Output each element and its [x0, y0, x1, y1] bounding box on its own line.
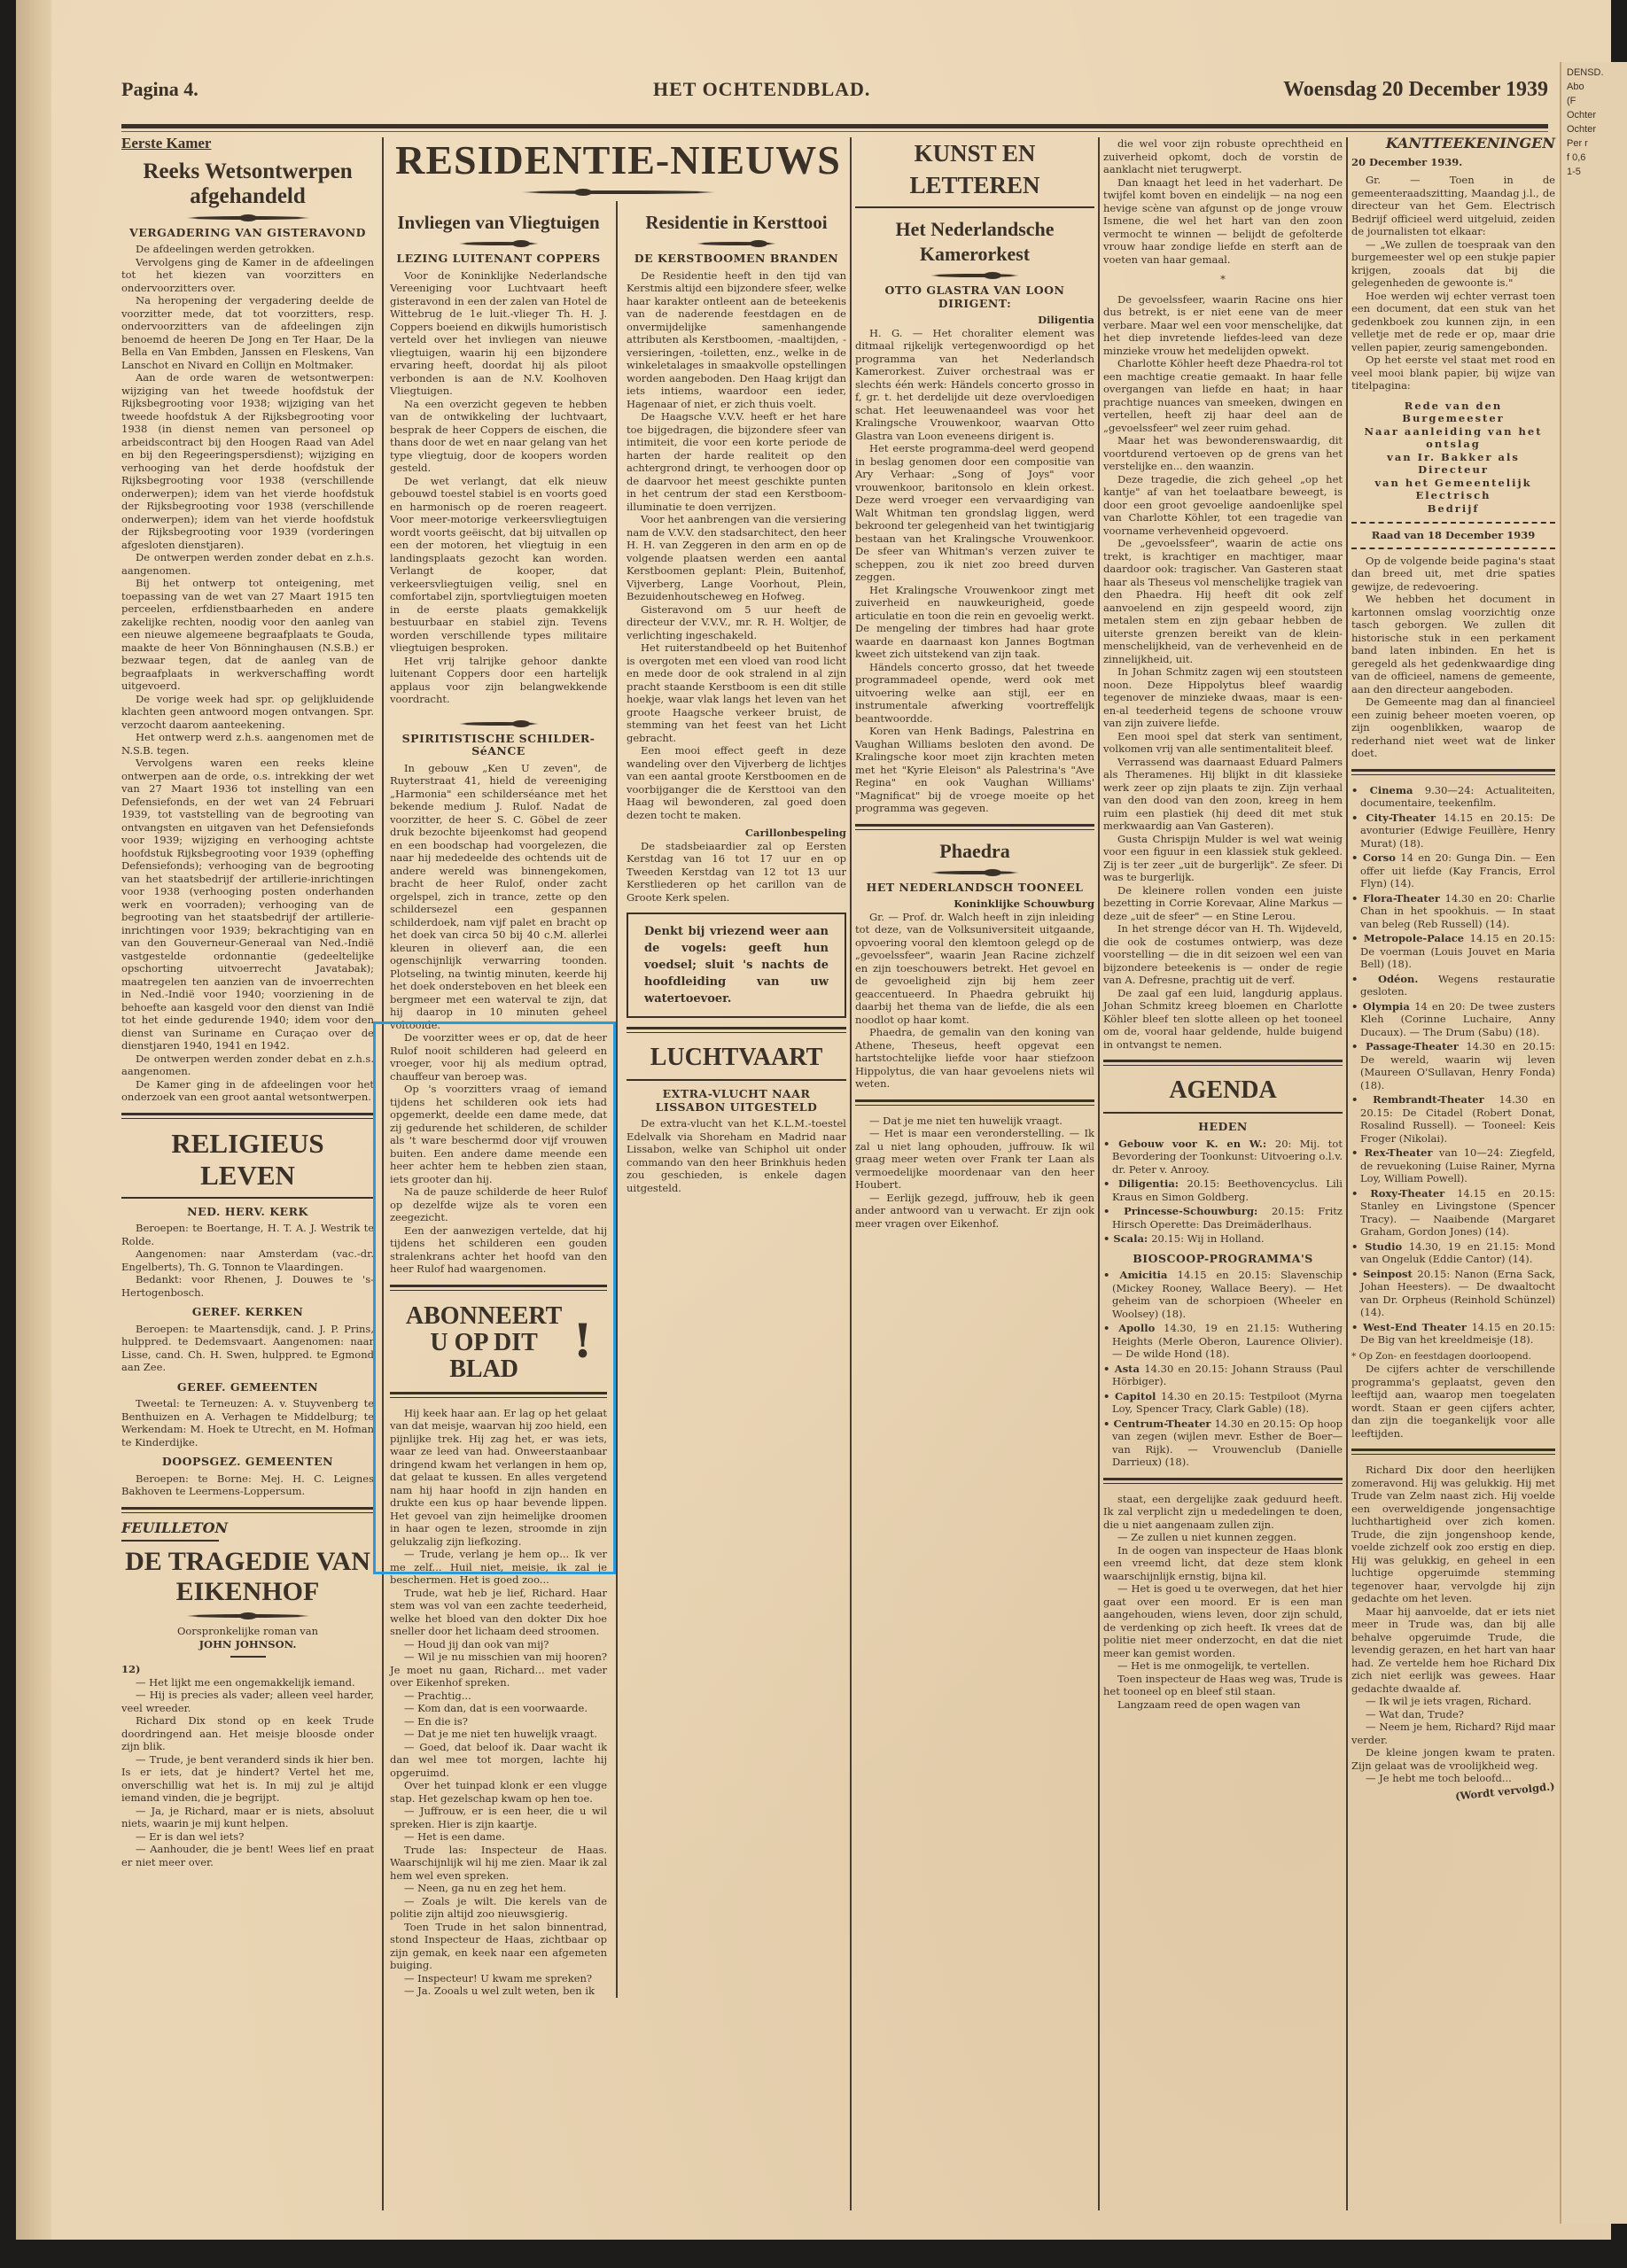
paragraph: Een mooi effect geeft in deze wandeling … — [627, 744, 846, 821]
paragraph: De wet verlangt, dat elk nieuw gebouwd t… — [390, 475, 607, 655]
column-5: KANTTEEKENINGEN 20 December 1939. Gr. — … — [1351, 137, 1555, 1803]
paragraph: Gusta Chrispijn Mulder is wel wat weinig… — [1103, 833, 1343, 884]
column-1: Eerste Kamer Reeks Wetsontwerpen afgehan… — [121, 137, 374, 1868]
page-left-edge — [16, 0, 51, 2240]
paragraph: Gr. — Toen in de gemeenteraadszitting, M… — [1351, 174, 1555, 238]
feuilleton-kicker: FEUILLETON — [121, 1522, 374, 1535]
paragraph: Een mooi spel dat sterk van sentiment, v… — [1103, 730, 1343, 756]
section-banner: RESIDENTIE-NIEUWS — [390, 137, 846, 183]
paragraph: Koren van Henk Badings, Palestrina en Va… — [855, 725, 1094, 815]
section-heading-luchtvaart: LUCHTVAART — [627, 1042, 846, 1074]
article-headline: Residentie in Kersttooi — [627, 210, 846, 235]
article-subheading: OTTO GLASTRA VAN LOON DIRIGENT: — [855, 284, 1094, 310]
paragraph: Langzaam reed de open wagen van — [1103, 1698, 1343, 1712]
paragraph: — Trude, verlang je hem op... Ik ver me … — [390, 1548, 607, 1587]
paragraph: Toen inspecteur de Haas weg was, Trude i… — [1103, 1673, 1343, 1698]
article-headline: Reeks Wetsontwerpen afgehandeld — [121, 159, 374, 209]
strip-text: 1-5 — [1567, 165, 1623, 179]
title-line: van het Gemeentelijk — [1351, 477, 1555, 490]
title-line: Bedrijf — [1351, 502, 1555, 516]
paragraph: Richard Dix door den heerlijken zomeravo… — [1351, 1464, 1555, 1605]
paragraph: Het vrij talrijke gehoor dankte luitenan… — [390, 655, 607, 706]
paragraph: Hoe werden wij echter verrast toen een d… — [1351, 290, 1555, 354]
paragraph: In de oogen van inspecteur de Haas blonk… — [1103, 1544, 1343, 1583]
title-line: Naar aanleiding van het — [1351, 425, 1555, 439]
paragraph: De cijfers achter de verschillende progr… — [1351, 1363, 1555, 1440]
paragraph: In Johan Schmitz zagen wij een stoutstee… — [1103, 665, 1343, 730]
cinema-listing: • Apollo 14.30, 19 en 21.15: Wuthering H… — [1103, 1322, 1343, 1361]
paragraph: De afdeelingen werden getrokken. — [121, 243, 374, 256]
strip-text: (F — [1567, 94, 1623, 108]
paragraph: — Neem je hem, Richard? Rijd maar verder… — [1351, 1720, 1555, 1746]
paragraph: — Dat je me niet ten huwelijk vraagt. — [390, 1728, 607, 1741]
film-listings: • Cinema 9.30—24: Actualiteiten, documen… — [1351, 784, 1555, 1347]
agenda-item: • Diligentia: 20.15: Beethovencyclus. Li… — [1103, 1177, 1343, 1203]
section-kicker: Eerste Kamer — [121, 137, 374, 151]
paragraph: die wel voor zijn robuste oprechtheid en… — [1103, 137, 1343, 176]
paragraph: Gisteravond om 5 uur heeft de directeur … — [627, 603, 846, 642]
cinema-listing: • Rex-Theater van 10—24: Ziegfeld, de re… — [1351, 1146, 1555, 1185]
article-headline: Invliegen van Vliegtuigen — [390, 210, 607, 235]
paragraph: Richard Dix stond op en keek Trude doord… — [121, 1714, 374, 1753]
dashed-rule — [1351, 522, 1555, 524]
cinema-listing: • Olympia 14 en 20: De twee zusters Kleh… — [1351, 1000, 1555, 1039]
strip-text: DENSD. — [1567, 66, 1623, 80]
strip-text: f 0,6 — [1567, 151, 1623, 165]
double-rule — [855, 1099, 1094, 1106]
paragraph: De Residentie heeft in den tijd van Kers… — [627, 269, 846, 411]
article-subheading: DE KERSTBOOMEN BRANDEN — [627, 252, 846, 266]
paragraph: Voor het aanbrengen van die versiering n… — [627, 513, 846, 603]
paragraph: Het ontwerp werd z.h.s. aangenomen met d… — [121, 731, 374, 757]
paragraph: Charlotte Köhler heeft deze Phaedra-rol … — [1103, 357, 1343, 434]
paragraph: We hebben het document in kartonnen omsl… — [1351, 593, 1555, 695]
cinema-listing: • Capitol 14.30 en 20.15: Testpiloot (My… — [1103, 1390, 1343, 1416]
masthead-rule-thin — [121, 131, 1548, 132]
paragraph: De Gemeente mag dan al financieel een zu… — [1351, 695, 1555, 760]
seance-heading: SPIRITISTISCHE SCHILDER-SéANCE — [390, 733, 607, 758]
paragraph: Bij het ontwerp tot onteigening, met toe… — [121, 577, 374, 693]
paragraph: Phaedra, de gemalin van den koning van A… — [855, 1026, 1094, 1091]
section-heading-religie: RELIGIEUS LEVEN — [121, 1128, 374, 1192]
article-body: Voor de Koninklijke Nederlandsche Vereen… — [390, 269, 607, 706]
separator-star: * — [1103, 273, 1343, 286]
paragraph: Verrassend was daarnaast Eduard Palmers … — [1103, 756, 1343, 833]
double-rule — [855, 824, 1094, 830]
cinema-listing: • Odéon. Wegens restauratie gesloten. — [1351, 973, 1555, 998]
column-4: die wel voor zijn robuste oprechtheid en… — [1103, 137, 1343, 1711]
paragraph: Over het tuinpad klonk er een vlugge sta… — [390, 1779, 607, 1805]
paragraph: Gr. — Prof. dr. Walch heeft in zijn inle… — [855, 911, 1094, 1027]
paragraph: Na een overzicht gegeven te hebben van d… — [390, 398, 607, 475]
rule — [855, 206, 1094, 208]
rule — [230, 1656, 266, 1658]
strip-text: Ochter — [1567, 108, 1623, 122]
article-vliegtuigen: Invliegen van Vliegtuigen LEZING LUITENA… — [390, 201, 607, 1998]
paragraph: De gevoelssfeer, waarin Racine ons hier … — [1103, 293, 1343, 358]
cinema-listing: • Roxy-Theater 14.15 en 20.15: Stanley e… — [1351, 1187, 1555, 1239]
title-line: Rede van den Burgemeester — [1351, 400, 1555, 425]
agenda-list: • Gebouw voor K. en W.: 20: Mij. tot Bev… — [1103, 1138, 1343, 1246]
article-subheading: HET NEDERLANDSCH TOONEEL — [855, 882, 1094, 895]
paragraph: H. G. — Het choraliter element was ditma… — [855, 327, 1094, 443]
feuilleton-title: DE TRAGEDIE VAN EIKENHOF — [121, 1547, 374, 1607]
article-subheading: EXTRA-VLUCHT NAAR LISSABON UITGESTELD — [627, 1088, 846, 1114]
ornament-divider — [459, 242, 539, 245]
cinema-listing: • Flora-Theater 14.30 en 20: Charlie Cha… — [1351, 892, 1555, 931]
paragraph: Deze tragedie, die zich geheel „op het k… — [1103, 473, 1343, 538]
ornament-divider — [697, 242, 776, 245]
church-notice: Tweetal: te Terneuzen: A. v. Stuyvenberg… — [121, 1397, 374, 1449]
church-notice: Beroepen: te Maartensdijk, cand. J. P. P… — [121, 1323, 374, 1374]
paragraph: Na heropening der vergadering deelde de … — [121, 294, 374, 371]
cinema-listing: • Asta 14.30 en 20.15: Johann Strauss (P… — [1103, 1363, 1343, 1388]
paragraph: Trude, wat heb je lief, Richard. Haar st… — [390, 1587, 607, 1638]
strip-text: Per r — [1567, 136, 1623, 151]
carillon-heading: Carillonbespeling — [627, 827, 846, 840]
article-headline: Het Nederlandsche Kamerorkest — [855, 217, 1094, 267]
rule — [121, 1540, 219, 1542]
article-subheading: LEZING LUITENANT COPPERS — [390, 252, 607, 266]
cinema-listing: • Seinpost 20.15: Nanon (Erna Sack, Joha… — [1351, 1268, 1555, 1319]
double-rule — [627, 1027, 846, 1033]
adjacent-page-strip: DENSD.Abo(FOchterOchterPer rf 0,61-5 — [1560, 62, 1627, 2224]
age-note: De cijfers achter de verschillende progr… — [1351, 1363, 1555, 1440]
church-notice: Beroepen: te Borne: Mej. H. C. Leignes B… — [121, 1472, 374, 1498]
phaedra-body: Gr. — Prof. dr. Walch heeft in zijn inle… — [855, 911, 1094, 1091]
double-rule — [1351, 1449, 1555, 1455]
raad-date: Raad van 18 December 1939 — [1351, 529, 1555, 542]
paragraph: De ontwerpen werden zonder debat en z.h.… — [121, 551, 374, 577]
paragraph: — Wil je nu misschien van mij hooren? Je… — [390, 1651, 607, 1689]
cinema-listing: • Passage-Theater 14.30 en 20.15: De wer… — [1351, 1040, 1555, 1091]
column-divider — [1346, 137, 1348, 2210]
paragraph: Op 's voorzitters vraag of iemand tijden… — [390, 1083, 607, 1185]
kantteekening-body: Gr. — Toen in de gemeenteraadszitting, M… — [1351, 174, 1555, 392]
paragraph: staat, een dergelijke zaak geduurd heeft… — [1103, 1493, 1343, 1532]
paragraph: — Juffrouw, er is een heer, die u wil sp… — [390, 1805, 607, 1830]
paragraph: Aan de orde waren de wetsontwerpen: wijz… — [121, 371, 374, 551]
rule — [121, 1197, 374, 1199]
church-heading: NED. HERV. KERK — [121, 1206, 374, 1219]
strip-text: Ochter — [1567, 122, 1623, 136]
paragraph: De Kamer ging in de afdeelingen voor het… — [121, 1078, 374, 1104]
paragraph: De ontwerpen werden zonder debat en z.h.… — [121, 1052, 374, 1078]
paragraph: Maar hij aanvoelde, dat er iets niet mee… — [1351, 1605, 1555, 1696]
notice-box: Denkt bij vriezend weer aan de vogels: g… — [627, 913, 846, 1018]
paragraph: De kleine jongen kwam te praten. Zijn ge… — [1351, 1746, 1555, 1772]
paragraph: — Houd jij dan ook van mij? — [390, 1638, 607, 1651]
page-number: Pagina 4. — [121, 78, 199, 101]
paragraph: — Hij is precies als vader; alleen veel … — [121, 1689, 374, 1714]
paragraph: Vervolgens ging de Kamer in de afdeeling… — [121, 256, 374, 295]
subscribe-ad: ABONNEERT U OP DIT BLAD — [404, 1303, 564, 1383]
cinema-listing: • Corso 14 en 20: Gunga Din. — Een offer… — [1351, 851, 1555, 890]
speech-title-block: Rede van den BurgemeesterNaar aanleiding… — [1351, 400, 1555, 516]
feuilleton-continued: Hij keek haar aan. Er lag op het gelaat … — [390, 1407, 607, 1998]
paragraph: — Aanhouder, die je bent! Wees lief en p… — [121, 1843, 374, 1868]
column-2: RESIDENTIE-NIEUWS Invliegen van Vliegtui… — [390, 137, 846, 1998]
paragraph: Hij keek haar aan. Er lag op het gelaat … — [390, 1407, 607, 1549]
article-body: H. G. — Het choraliter element was ditma… — [855, 327, 1094, 815]
phaedra-continued: die wel voor zijn robuste oprechtheid en… — [1103, 137, 1343, 266]
luchtvaart-text: De extra-vlucht van het K.L.M.-toestel E… — [627, 1117, 846, 1194]
church-heading: DOOPSGEZ. GEMEENTEN — [121, 1456, 374, 1469]
paragraph: — Ja. Zooals u wel zult weten, ben ik — [390, 1984, 607, 1998]
issue-date: Woensdag 20 December 1939 — [1283, 78, 1548, 102]
feuilleton-continued: staat, een dergelijke zaak geduurd heeft… — [1103, 1493, 1343, 1712]
paragraph: — Het is me onmogelijk, te vertellen. — [1103, 1659, 1343, 1673]
column-date: 20 December 1939. — [1351, 156, 1555, 169]
column-divider — [850, 137, 852, 2210]
double-rule — [1351, 769, 1555, 775]
paragraph: Een der aanwezigen vertelde, dat hij tij… — [390, 1224, 607, 1276]
venue: Koninklijke Schouwburg — [855, 897, 1094, 911]
kantteekeningen-header: KANTTEEKENINGEN — [1351, 137, 1555, 151]
cinema-listing: • West-End Theater 14.15 en 20.15: De Bi… — [1351, 1321, 1555, 1347]
double-rule — [390, 1392, 607, 1398]
paragraph: De vorige week had spr. op gelijkluidend… — [121, 693, 374, 732]
cinema-listing: • City-Theater 14.15 en 20.15: De avontu… — [1351, 812, 1555, 850]
bioscoop-heading: BIOSCOOP-PROGRAMMA'S — [1103, 1253, 1343, 1266]
paragraph: — Goed, dat beloof ik. Daar wacht ik dan… — [390, 1741, 607, 1780]
cinema-listing: • Centrum-Theater 14.30 en 20.15: Op hoo… — [1103, 1417, 1343, 1469]
cinema-listing: • Cinema 9.30—24: Actualiteiten, documen… — [1351, 784, 1555, 810]
agenda-item: • Princesse-Schouwburg: 20.15: Fritz Hir… — [1103, 1205, 1343, 1231]
feuilleton-body: — Het lijkt me een ongemakkelijk iemand.… — [121, 1676, 374, 1869]
article-body: De Residentie heeft in den tijd van Kers… — [627, 269, 846, 822]
phaedra-review-body: De gevoelssfeer, waarin Racine ons hier … — [1103, 293, 1343, 1052]
section-heading-agenda: AGENDA — [1103, 1075, 1343, 1107]
paragraph: Händels concerto grosso, dat het tweede … — [855, 661, 1094, 726]
paragraph: — Zoals je wilt. Die kerels van de polit… — [390, 1895, 607, 1921]
column-divider — [1098, 137, 1100, 2210]
column-divider — [382, 137, 384, 2210]
religious-notices: NED. HERV. KERKBeroepen: te Boertange, H… — [121, 1206, 374, 1498]
masthead: Pagina 4. HET OCHTENDBLAD. Woensdag 20 D… — [121, 78, 1548, 113]
paragraph: Het Kralingsche Vrouwenkoor zingt met zu… — [855, 584, 1094, 661]
double-rule — [1103, 1478, 1343, 1484]
article-headline-phaedra: Phaedra — [855, 839, 1094, 864]
paragraph: — Trude, je bent veranderd sinds ik hier… — [121, 1753, 374, 1805]
double-rule — [121, 1113, 374, 1119]
strip-text: Abo — [1567, 80, 1623, 94]
paragraph: — Kom dan, dat is een voorwaarde. — [390, 1702, 607, 1715]
ornament-divider — [459, 722, 539, 726]
masthead-rule — [121, 124, 1548, 128]
paragraph: De voorzitter wees er op, dat de heer Ru… — [390, 1031, 607, 1083]
episode-number: 12) — [121, 1663, 374, 1676]
cinema-listing: • Studio 14.30, 19 en 21.15: Mond van On… — [1351, 1240, 1555, 1266]
double-rule — [1103, 1060, 1343, 1066]
paragraph: — Ze zullen u niet kunnen zeggen. — [1103, 1531, 1343, 1544]
paragraph: — Wat dan, Trude? — [1351, 1708, 1555, 1721]
paragraph: Maar het was bewonderenswaardig, dit voo… — [1103, 434, 1343, 473]
paragraph: — Het lijkt me een ongemakkelijk iemand. — [121, 1676, 374, 1689]
agenda-item: • Scala: 20.15: Wij in Holland. — [1103, 1232, 1343, 1246]
rule — [627, 1079, 846, 1081]
paragraph: — Dat je me niet ten huwelijk vraagt. — [855, 1115, 1094, 1128]
article-kersttooi: Residentie in Kersttooi DE KERSTBOOMEN B… — [627, 201, 846, 1998]
feuilleton-author: JOHN JOHNSON. — [121, 1638, 374, 1651]
seance-body: In gebouw „Ken U zeven", de Ruyterstraat… — [390, 762, 607, 1276]
paragraph: De Haagsche V.V.V. heeft er het hare toe… — [627, 410, 846, 513]
footnote: * Op Zon- en feestdagen doorloopend. — [1351, 1350, 1555, 1363]
ornament-divider — [930, 274, 1019, 277]
paragraph: — „We zullen de toespraak van den burgem… — [1351, 238, 1555, 290]
title-line: van Ir. Bakker als Directeur — [1351, 451, 1555, 477]
paragraph: In het strenge décor van H. Th. Wijdevel… — [1103, 922, 1343, 987]
section-heading-kunst: KUNST EN LETTEREN — [855, 137, 1094, 201]
title-line: Electrisch — [1351, 489, 1555, 502]
double-rule — [390, 1285, 607, 1291]
paragraph: Toen Trude in het salon binnentrad, ston… — [390, 1921, 607, 1972]
paragraph: — Neen, ga nu en zeg het hem. — [390, 1882, 607, 1895]
exclamation-mark: ! — [572, 1336, 593, 1349]
agenda-subheading: HEDEN — [1103, 1121, 1343, 1134]
paragraph: Op de volgende beide pagina's staat dan … — [1351, 555, 1555, 594]
ornament-divider — [521, 190, 716, 194]
paragraph: — Ja, je Richard, maar er is niets, abso… — [121, 1805, 374, 1830]
paragraph: — Het is goed u te overwegen, dat het hi… — [1103, 1582, 1343, 1659]
column-divider — [616, 201, 618, 1998]
church-heading: GEREF. GEMEENTEN — [121, 1381, 374, 1394]
church-notice: Aangenomen: naar Amsterdam (vac.-dr. Eng… — [121, 1247, 374, 1273]
cinema-listing: • Amicitia 14.15 en 20.15: Slavenschip (… — [1103, 1269, 1343, 1320]
paragraph: De kleinere rollen vonden een juiste bez… — [1103, 884, 1343, 923]
paragraph: De zaal gaf een luid, langdurig applaus.… — [1103, 987, 1343, 1052]
paragraph: Trude las: Inspecteur de Haas. Waarschij… — [390, 1844, 607, 1883]
paragraph: De „gevoelssfeer", waarin de actie ons t… — [1103, 537, 1343, 665]
venue: Diligentia — [855, 314, 1094, 327]
agenda-item: • Gebouw voor K. en W.: 20: Mij. tot Bev… — [1103, 1138, 1343, 1177]
article-body: De afdeelingen werden getrokken.Vervolge… — [121, 243, 374, 1104]
article-subheading: VERGADERING VAN GISTERAVOND — [121, 227, 374, 240]
paragraph: Het ruiterstandbeeld op het Buitenhof is… — [627, 641, 846, 744]
paragraph: Dan knaagt het leed in het vaderhart. De… — [1103, 176, 1343, 267]
church-heading: GEREF. KERKEN — [121, 1306, 374, 1319]
paragraph: — En die is? — [390, 1715, 607, 1728]
feuilleton-continued: — Dat je me niet ten huwelijk vraagt.— H… — [855, 1115, 1094, 1231]
carillon-text: De stadsbeiaardier zal op Eersten Kerstd… — [627, 840, 846, 905]
feuilleton-byline: Oorspronkelijke roman van — [121, 1625, 374, 1638]
dashed-rule — [1351, 548, 1555, 549]
bioscoop-list: • Amicitia 14.15 en 20.15: Slavenschip (… — [1103, 1269, 1343, 1469]
column-3: KUNST EN LETTEREN Het Nederlandsche Kame… — [855, 137, 1094, 1230]
paragraph: Vervolgens waren een reeks kleine ontwer… — [121, 757, 374, 1052]
rule — [1103, 1112, 1343, 1114]
paragraph: — Eerlijk gezegd, juffrouw, heb ik geen … — [855, 1192, 1094, 1231]
paragraph: — Ik wil je iets vragen, Richard. — [1351, 1695, 1555, 1708]
paragraph: Na de pauze schilderde de heer Rulof op … — [390, 1185, 607, 1224]
ornament-divider — [930, 871, 1019, 874]
paragraph: In gebouw „Ken U zeven", de Ruyterstraat… — [390, 762, 607, 1032]
paragraph: — Prachtig... — [390, 1689, 607, 1703]
paragraph: — Inspecteur! U kwam me spreken? — [390, 1972, 607, 1985]
double-rule — [121, 1507, 374, 1513]
feuilleton-continued: Richard Dix door den heerlijken zomeravo… — [1351, 1464, 1555, 1785]
paragraph: — Het is een dame. — [390, 1830, 607, 1844]
paragraph: Op het eerste vel staat met rood en veel… — [1351, 353, 1555, 392]
church-notice: Bedankt: voor Rhenen, J. Douwes te 's-He… — [121, 1273, 374, 1299]
newspaper-title: HET OCHTENDBLAD. — [653, 78, 870, 101]
paragraph: — Het is maar een veronderstelling. — Ik… — [855, 1127, 1094, 1192]
ornament-divider — [186, 1614, 310, 1618]
paragraph: Voor de Koninklijke Nederlandsche Vereen… — [390, 269, 607, 398]
title-line: ontslag — [1351, 438, 1555, 451]
church-notice: Beroepen: te Boertange, H. T. A. J. West… — [121, 1222, 374, 1247]
cinema-listing: • Metropole-Palace 14.15 en 20.15: De vo… — [1351, 932, 1555, 971]
paragraph: Het eerste programma-deel werd geopend i… — [855, 442, 1094, 584]
paragraph: — Er is dan wel iets? — [121, 1830, 374, 1844]
kantteekening-body-2: Op de volgende beide pagina's staat dan … — [1351, 555, 1555, 760]
ornament-divider — [186, 216, 310, 220]
cinema-listing: • Rembrandt-Theater 14.30 en 20.15: De C… — [1351, 1093, 1555, 1145]
